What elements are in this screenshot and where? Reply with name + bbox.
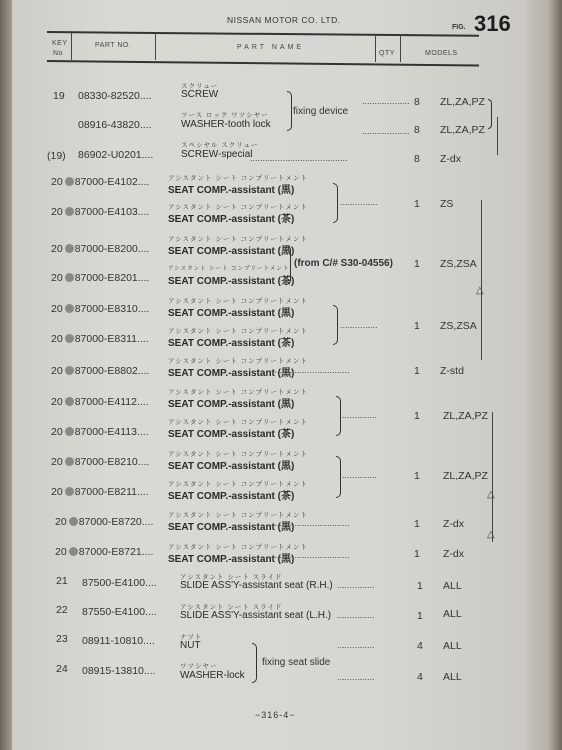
key-no: 2087000-E4113....: [51, 426, 149, 438]
part-no: 87000-E8721....: [79, 546, 154, 558]
leader-dots: ...............: [340, 197, 378, 207]
supersession-line: [481, 200, 482, 360]
color-mark-icon: [69, 547, 78, 556]
key-no: 2087000-E8201....: [51, 272, 149, 284]
models: ZL,ZA,PZ: [443, 410, 488, 422]
part-kana: ワツシヤー: [180, 661, 218, 670]
leader-dots: ...............................: [272, 518, 350, 528]
part-no: 87000-E4113....: [75, 426, 149, 438]
part-no: 87550-E4100....: [82, 606, 157, 618]
part-name: SEAT COMP.-assistant (黒): [168, 395, 294, 410]
models: ZL,ZA,PZ: [440, 96, 485, 108]
col-header-key-no-2: No: [53, 50, 63, 57]
part-name: SEAT COMP.-assistant (黒): [168, 181, 294, 196]
qty: 8: [414, 96, 420, 108]
part-no: 87000-E8200....: [75, 243, 150, 255]
part-no: 87000-E8802....: [75, 365, 150, 377]
part-no: 87000-E8720....: [79, 516, 154, 528]
part-no: 87000-E4103....: [75, 206, 150, 218]
qty: 8: [414, 153, 420, 165]
part-name: SLIDE ASS'Y-assistant seat (L.H.): [180, 610, 331, 621]
qty: 1: [417, 610, 423, 622]
key-no: 19: [53, 90, 65, 102]
part-name: NUT: [180, 640, 201, 651]
leader-dots: ...............................: [272, 365, 350, 375]
qty: 8: [414, 124, 420, 136]
color-mark-icon: [65, 397, 74, 406]
column-divider: [155, 32, 156, 60]
key-no: 2087000-E8721....: [55, 546, 153, 558]
color-mark-icon: [65, 334, 74, 343]
leader-dots: ...................: [362, 96, 410, 106]
key-no: 2087000-E8211....: [51, 486, 149, 498]
models: Z-dx: [443, 548, 464, 560]
part-name: SEAT COMP.-assistant (茶): [168, 425, 294, 440]
leader-dots: ...............: [337, 580, 375, 590]
models: Z-dx: [440, 153, 461, 165]
part-name: SEAT COMP.-assistant (茶): [168, 487, 294, 502]
key-no: 2087000-E8200....: [51, 243, 149, 255]
key-no: 2087000-E8802....: [51, 365, 149, 377]
key-no: 2087000-E4102....: [51, 176, 149, 188]
part-no: 87000-E4112....: [75, 396, 149, 408]
group-brace: [252, 643, 257, 683]
leader-dots: ...............................: [272, 550, 350, 560]
key-no: 2087000-E8720....: [55, 516, 153, 528]
part-no: 87000-E8210....: [75, 456, 150, 468]
part-no: 08330-82520....: [78, 90, 152, 102]
leader-dots: ..............: [342, 470, 377, 480]
group-brace: [336, 396, 341, 436]
qty: 4: [417, 671, 423, 683]
models: ALL: [443, 580, 462, 592]
models: ALL: [443, 608, 462, 620]
leader-dots: ..............: [342, 410, 377, 420]
part-no: 08915-13810....: [82, 665, 156, 677]
models: ZL,ZA,PZ: [440, 124, 485, 136]
part-kana: スペシヤル スクリュー: [181, 140, 259, 149]
change-triangle-icon: △: [487, 529, 495, 540]
color-mark-icon: [65, 457, 74, 466]
part-name: SLIDE ASS'Y-assistant seat (R.H.): [180, 580, 333, 591]
qty: 4: [417, 640, 423, 652]
part-name: WASHER-tooth lock: [181, 119, 271, 130]
company-name: NISSAN MOTOR CO. LTD.: [227, 15, 341, 25]
key-no: 2087000-E4112....: [51, 396, 149, 408]
models: ZS: [440, 198, 453, 210]
page-edge: [527, 0, 562, 750]
group-brace: [333, 183, 338, 223]
part-no: 87000-E8310....: [75, 303, 150, 315]
key-no: 2087000-E4103....: [51, 206, 149, 218]
color-mark-icon: [65, 427, 74, 436]
qty: 1: [414, 258, 420, 270]
col-header-qty: QTY: [379, 50, 395, 57]
part-name: SEAT COMP.-assistant (茶): [168, 272, 294, 287]
book-spine: [0, 0, 12, 750]
supersession-line: [497, 117, 498, 155]
part-name: WASHER-lock: [180, 670, 245, 681]
fig-number: 316: [474, 11, 511, 37]
part-kana: ツース ロック ワツシヤー: [181, 110, 269, 119]
part-no: 87000-E4102....: [75, 176, 150, 188]
leader-dots: .......................................: [250, 153, 348, 163]
group-brace: [287, 91, 292, 131]
leader-dots: ...............: [337, 610, 375, 620]
models: ZS,ZSA: [440, 320, 477, 332]
part-no: 87000-E8311....: [75, 333, 149, 345]
color-mark-icon: [65, 244, 74, 253]
key-no: 2087000-E8310....: [51, 303, 149, 315]
models-brace: [488, 99, 492, 129]
part-no: 86902-U0201....: [78, 149, 153, 161]
leader-dots: ...............: [340, 320, 378, 330]
part-no: 87000-E8201....: [75, 272, 150, 284]
key-no: 2087000-E8311....: [51, 333, 149, 345]
models: ALL: [443, 640, 462, 652]
color-mark-icon: [65, 207, 74, 216]
qty: 1: [414, 198, 420, 210]
color-mark-icon: [65, 273, 74, 282]
col-header-key-no: KEY: [52, 40, 68, 47]
color-mark-icon: [65, 366, 74, 375]
part-no: 87500-E4100....: [82, 577, 157, 589]
part-name: SEAT COMP.-assistant (黒): [168, 304, 294, 319]
color-mark-icon: [69, 517, 78, 526]
leader-dots: ...............: [337, 672, 375, 682]
part-name: SEAT COMP.-assistant (黒): [168, 457, 294, 472]
part-name: SEAT COMP.-assistant (茶): [168, 334, 294, 349]
leader-dots: ...................: [362, 126, 410, 136]
part-name: SEAT COMP.-assistant (黒): [168, 242, 294, 257]
group-brace: [333, 305, 338, 345]
models: ALL: [443, 671, 462, 683]
key-no: 21: [56, 575, 68, 587]
qty: 1: [414, 548, 420, 560]
col-header-part-name: PART NAME: [237, 44, 304, 51]
color-mark-icon: [65, 177, 74, 186]
column-divider: [71, 32, 72, 60]
qty: 1: [414, 410, 420, 422]
part-name: SEAT COMP.-assistant (茶): [168, 210, 294, 225]
col-header-models: MODELS: [425, 50, 458, 57]
color-mark-icon: [65, 487, 74, 496]
column-divider: [375, 34, 376, 62]
key-no: (19): [47, 150, 66, 162]
note-fixing-seat-slide: fixing seat slide: [262, 657, 330, 668]
models: Z-std: [440, 365, 464, 377]
qty: 1: [417, 580, 423, 592]
leader-dots: ...............: [337, 640, 375, 650]
part-no: 87000-E8211....: [75, 486, 149, 498]
qty: 1: [414, 470, 420, 482]
part-no: 08911-10810....: [82, 635, 155, 647]
group-brace: [286, 245, 291, 285]
qty: 1: [414, 320, 420, 332]
part-no: 08916-43820....: [78, 119, 152, 131]
key-no: 23: [56, 633, 68, 645]
page-number: −316-4−: [255, 710, 296, 720]
supersession-line: [492, 412, 493, 542]
qty: 1: [414, 518, 420, 530]
fig-label: FIG.: [452, 24, 466, 31]
part-name: SCREW-special: [181, 149, 253, 160]
column-divider: [400, 34, 401, 62]
change-triangle-icon: △: [487, 489, 495, 500]
models: ZL,ZA,PZ: [443, 470, 488, 482]
key-no: 2087000-E8210....: [51, 456, 149, 468]
models: Z-dx: [443, 518, 464, 530]
part-name: SCREW: [181, 89, 218, 100]
qty: 1: [414, 365, 420, 377]
group-brace: [336, 456, 341, 498]
key-no: 22: [56, 604, 68, 616]
key-no: 24: [56, 663, 68, 675]
note-from-chassis-no: (from C/# S30-04556): [294, 258, 393, 269]
models: ZS,ZSA: [440, 258, 477, 270]
change-triangle-icon: △: [476, 285, 484, 296]
part-kana: アシスタント シート コンプリートメント: [168, 264, 289, 272]
color-mark-icon: [65, 304, 74, 313]
col-header-part-no: PART NO.: [95, 42, 131, 49]
note-fixing-device: fixing device: [293, 106, 348, 117]
